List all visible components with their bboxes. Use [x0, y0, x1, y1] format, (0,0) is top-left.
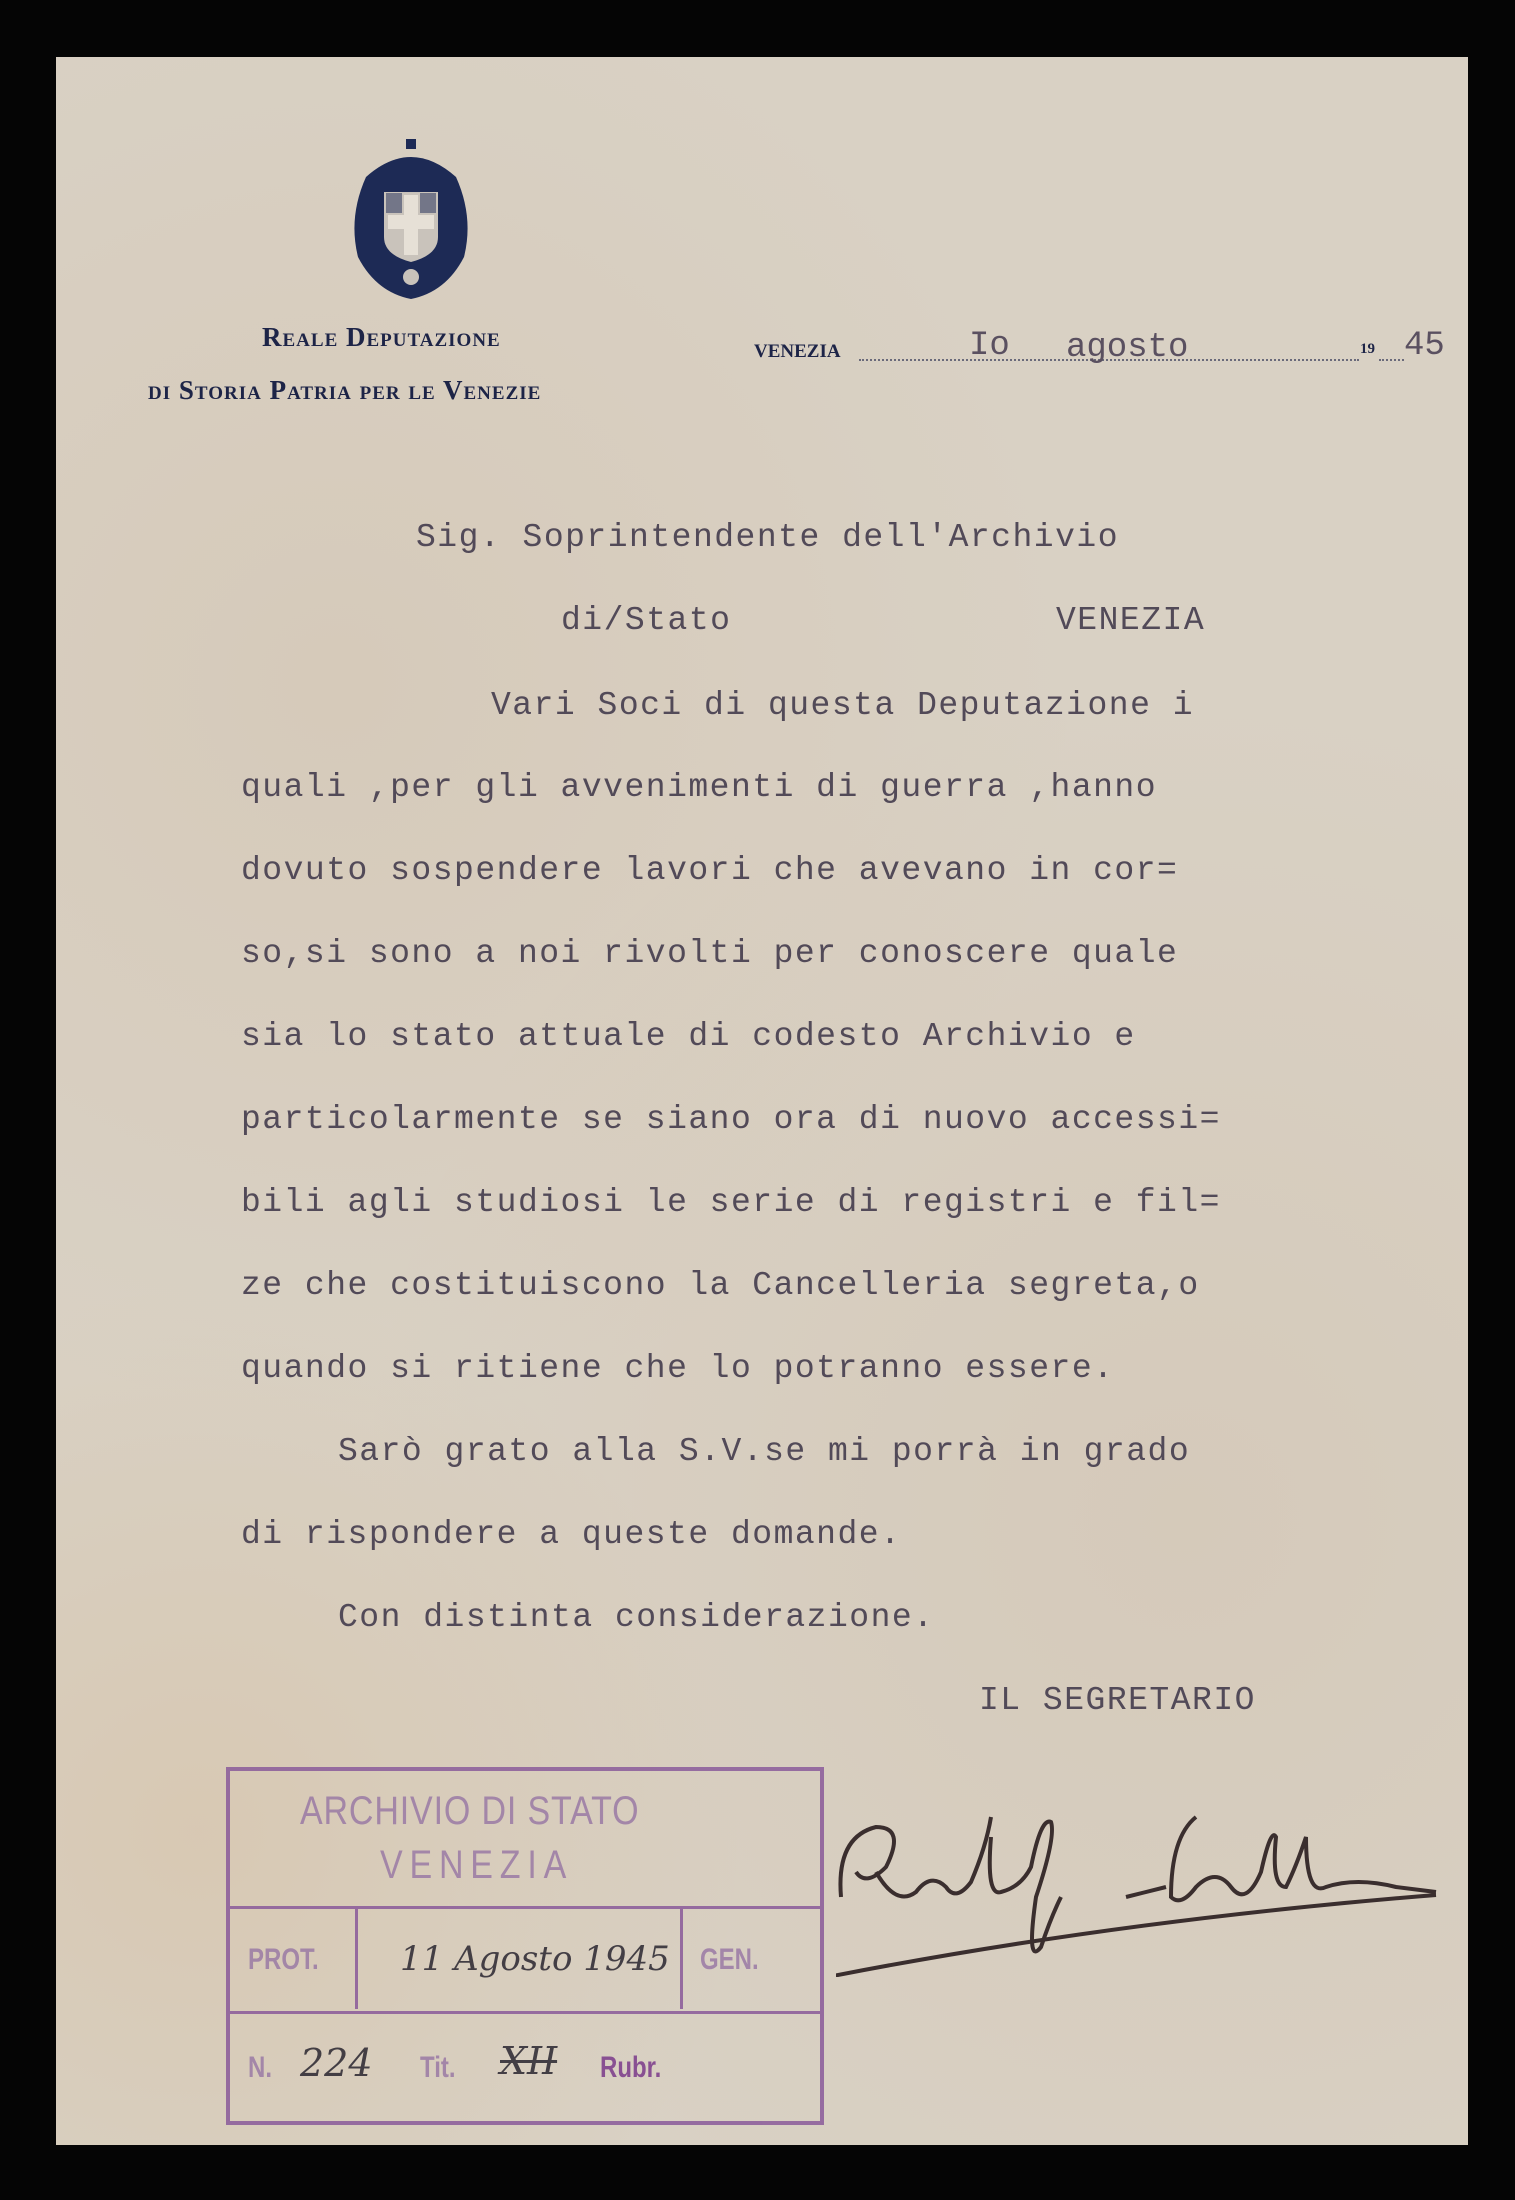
dateline: VENEZIA Io agosto 19 45	[754, 327, 1464, 367]
archive-received-stamp: ARCHIVIO DI STATO VENEZIA PROT. 11 Agost…	[226, 1767, 824, 2125]
dateline-year: 45	[1404, 327, 1445, 365]
stamp-city: VENEZIA	[380, 1843, 573, 1888]
dateline-dotted-rule	[1379, 359, 1404, 361]
body-line: ze che costituiscono la Cancelleria segr…	[241, 1267, 1200, 1304]
savoy-coat-of-arms-icon	[346, 137, 476, 302]
stamp-prot-label: PROT.	[248, 1943, 319, 1977]
addressee-city: VENEZIA	[1056, 602, 1205, 639]
body-line: quando si ritiene che lo potranno essere…	[241, 1350, 1114, 1387]
closing-title: IL SEGRETARIO	[979, 1682, 1256, 1719]
body-line: particolarmente se siano ora di nuovo ac…	[241, 1101, 1221, 1138]
stamp-tit-label: Tit.	[420, 2051, 456, 2085]
stamp-divider	[230, 2011, 820, 2014]
signature-rodolfo-gallo	[836, 1777, 1456, 1977]
dateline-month: agosto	[1066, 329, 1188, 367]
body-line: Con distinta considerazione.	[338, 1599, 935, 1636]
body-line: dovuto sospendere lavori che avevano in …	[241, 852, 1178, 889]
body-line: sia lo stato attuale di codesto Archivio…	[241, 1018, 1136, 1055]
letter-page: Reale Deputazione di Storia Patria per l…	[56, 57, 1468, 2145]
body-line: Sarò grato alla S.V.se mi porrà in grado	[338, 1433, 1190, 1470]
body-line: Vari Soci di questa Deputazione i	[491, 687, 1194, 724]
body-line: quali ,per gli avvenimenti di guerra ,ha…	[241, 769, 1157, 806]
dateline-century: 19	[1360, 341, 1375, 358]
body-line: bili agli studiosi le serie di registri …	[241, 1184, 1221, 1221]
stamp-prot-date: 11 Agosto 1945	[400, 1939, 670, 1979]
institution-name-line1: Reale Deputazione	[262, 322, 501, 353]
stamp-divider	[680, 1909, 683, 2009]
stamp-rubr-label: Rubr.	[600, 2051, 661, 2085]
addressee-line1: Sig. Soprintendente dell'Archivio	[416, 519, 1119, 556]
stamp-divider	[230, 1906, 820, 1909]
dateline-day: Io	[969, 327, 1010, 365]
addressee-line2-left: di/Stato	[561, 602, 731, 639]
stamp-gen-label: GEN.	[700, 1943, 759, 1977]
stamp-archive-name: ARCHIVIO DI STATO	[300, 1789, 639, 1834]
institution-name-line2: di Storia Patria per le Venezie	[148, 375, 541, 406]
stamp-n-value: 224	[300, 2041, 373, 2085]
dateline-city: VENEZIA	[754, 341, 841, 363]
body-line: so,si sono a noi rivolti per conoscere q…	[241, 935, 1178, 972]
stamp-divider	[355, 1909, 358, 2009]
stamp-n-label: N.	[248, 2051, 272, 2085]
body-line: di rispondere a queste domande.	[241, 1516, 901, 1553]
stamp-tit-value: XII	[500, 2039, 557, 2083]
